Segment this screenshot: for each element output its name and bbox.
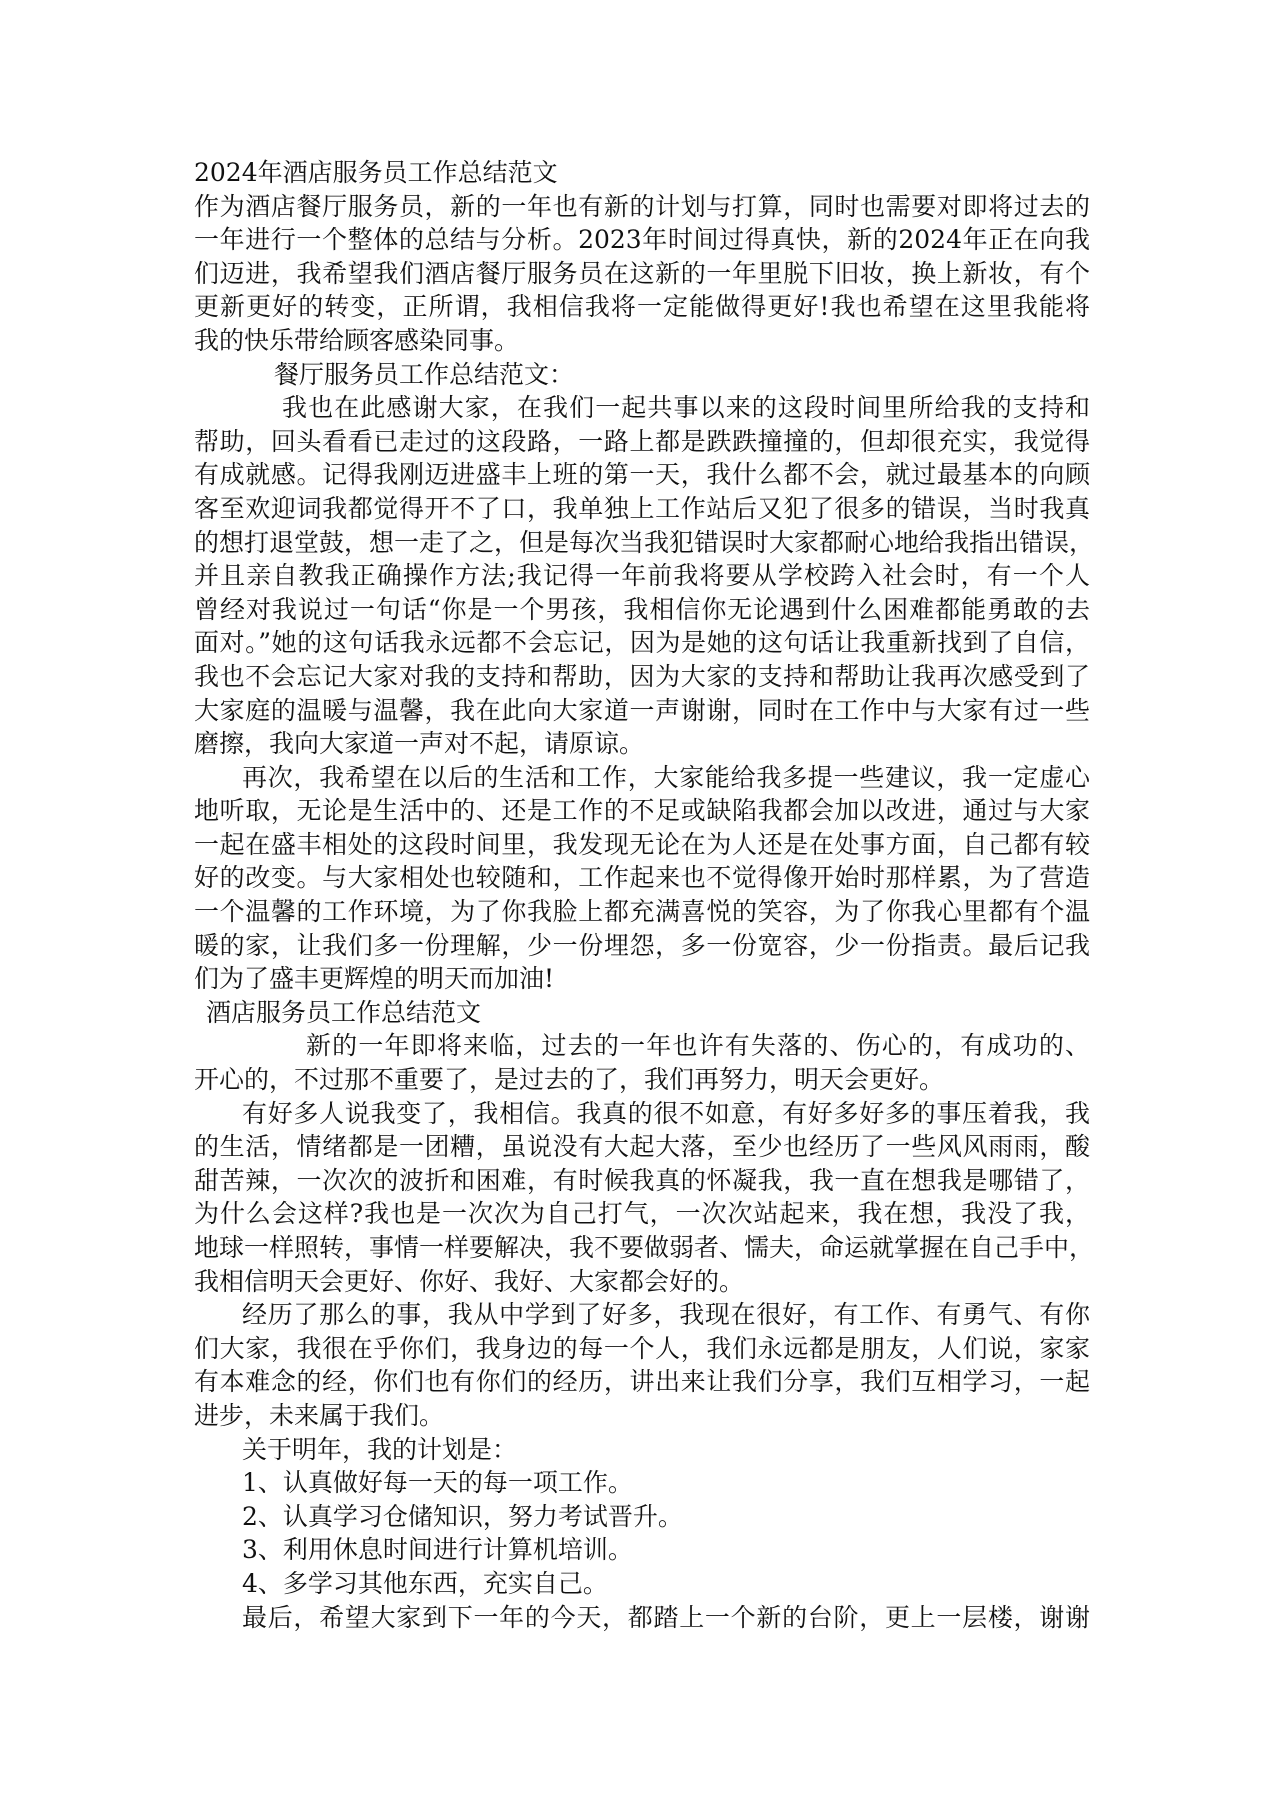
text-line: 我的快乐带给顾客感染同事。 [194, 324, 1090, 358]
text-line: 有成就感。记得我刚迈进盛丰上班的第一天，我什么都不会，就过最基本的向顾 [194, 458, 1090, 492]
text-line: 有本难念的经，你们也有你们的经历，讲出来让我们分享，我们互相学习，一起 [194, 1365, 1090, 1399]
text-line: 地听取，无论是生活中的、还是工作的不足或缺陷我都会加以改进，通过与大家 [194, 794, 1090, 828]
text-line: 为什么会这样?我也是一次次为自己打气，一次次站起来，我在想，我没了我， [194, 1197, 1090, 1231]
text-line: 们为了盛丰更辉煌的明天而加油! [194, 962, 1090, 996]
text-line: 大家庭的温暖与温馨，我在此向大家道一声谢谢，同时在工作中与大家有过一些 [194, 694, 1090, 728]
section2-paragraph-1: 新的一年即将来临，过去的一年也许有失落的、伤心的，有成功的、 开心的，不过那不重… [194, 1029, 1090, 1096]
plan-list: 1、认真做好每一天的每一项工作。 2、认真学习仓储知识，努力考试晋升。 3、利用… [194, 1466, 1090, 1600]
text-line: 地球一样照转，事情一样要解决，我不要做弱者、懦夫，命运就掌握在自己手中， [194, 1231, 1090, 1265]
text-line: 更新更好的转变，正所谓，我相信我将一定能做得更好!我也希望在这里我能将 [194, 290, 1090, 324]
text-line: 磨擦，我向大家道一声对不起，请原谅。 [194, 727, 1090, 761]
text-line: 的想打退堂鼓，想一走了之，但是每次当我犯错误时大家都耐心地给我指出错误， [194, 526, 1090, 560]
section2-paragraph-2: 有好多人说我变了，我相信。我真的很不如意，有好多好多的事压着我，我 的生活，情绪… [194, 1097, 1090, 1299]
text-line: 新的一年即将来临，过去的一年也许有失落的、伤心的，有成功的、 [194, 1029, 1090, 1063]
text-line: 我也在此感谢大家，在我们一起共事以来的这段时间里所给我的支持和 [194, 391, 1090, 425]
section-heading: 餐厅服务员工作总结范文： [194, 358, 1090, 392]
text-line: 一年进行一个整体的总结与分析。2023年时间过得真快，新的2024年正在向我 [194, 223, 1090, 257]
text-line: 并且亲自教我正确操作方法;我记得一年前我将要从学校跨入社会时，有一个人 [194, 559, 1090, 593]
plan-list-item: 2、认真学习仓储知识，努力考试晋升。 [194, 1500, 1090, 1534]
text-line: 客至欢迎词我都觉得开不了口，我单独上工作站后又犯了很多的错误，当时我真 [194, 492, 1090, 526]
text-line: 进步，未来属于我们。 [194, 1399, 1090, 1433]
document-page: 2024年酒店服务员工作总结范文 作为酒店餐厅服务员，新的一年也有新的计划与打算… [194, 156, 1090, 1634]
plan-list-item: 4、多学习其他东西，充实自己。 [194, 1567, 1090, 1601]
text-line: 有好多人说我变了，我相信。我真的很不如意，有好多好多的事压着我，我 [194, 1097, 1090, 1131]
plan-list-item: 1、认真做好每一天的每一项工作。 [194, 1466, 1090, 1500]
text-line: 们大家，我很在乎你们，我身边的每一个人，我们永远都是朋友，人们说，家家 [194, 1332, 1090, 1366]
intro-paragraph: 作为酒店餐厅服务员，新的一年也有新的计划与打算，同时也需要对即将过去的 一年进行… [194, 190, 1090, 358]
text-line: 面对。”她的这句话我永远都不会忘记，因为是她的这句话让我重新找到了自信， [194, 626, 1090, 660]
text-line: 好的改变。与大家相处也较随和，工作起来也不觉得像开始时那样累，为了营造 [194, 861, 1090, 895]
text-line: 作为酒店餐厅服务员，新的一年也有新的计划与打算，同时也需要对即将过去的 [194, 190, 1090, 224]
section1-paragraph-2: 再次，我希望在以后的生活和工作，大家能给我多提一些建议，我一定虚心 地听取，无论… [194, 761, 1090, 996]
text-line: 们迈进，我希望我们酒店餐厅服务员在这新的一年里脱下旧妆，换上新妆，有个 [194, 257, 1090, 291]
text-line: 曾经对我说过一句话“你是一个男孩，我相信你无论遇到什么困难都能勇敢的去 [194, 593, 1090, 627]
text-line: 的生活，情绪都是一团糟，虽说没有大起大落，至少也经历了一些风风雨雨，酸 [194, 1130, 1090, 1164]
text-line: 一起在盛丰相处的这段时间里，我发现无论在为人还是在处事方面，自己都有较 [194, 828, 1090, 862]
document-title: 2024年酒店服务员工作总结范文 [194, 156, 1090, 190]
text-line: 一个温馨的工作环境，为了你我脸上都充满喜悦的笑容，为了你我心里都有个温 [194, 895, 1090, 929]
section2-paragraph-3: 经历了那么的事，我从中学到了好多，我现在很好，有工作、有勇气、有你 们大家，我很… [194, 1298, 1090, 1432]
text-line: 帮助，回头看看已走过的这段路，一路上都是跌跌撞撞的，但却很充实，我觉得 [194, 425, 1090, 459]
section-heading: 酒店服务员工作总结范文 [194, 996, 1090, 1030]
text-line: 我也不会忘记大家对我的支持和帮助，因为大家的支持和帮助让我再次感受到了 [194, 660, 1090, 694]
text-line: 甜苦辣，一次次的波折和困难，有时候我真的怀凝我，我一直在想我是哪错了， [194, 1164, 1090, 1198]
plan-list-item: 3、利用休息时间进行计算机培训。 [194, 1533, 1090, 1567]
plan-heading: 关于明年，我的计划是： [194, 1433, 1090, 1467]
text-line: 我相信明天会更好、你好、我好、大家都会好的。 [194, 1265, 1090, 1299]
text-line: 开心的，不过那不重要了，是过去的了，我们再努力，明天会更好。 [194, 1063, 1090, 1097]
text-line: 再次，我希望在以后的生活和工作，大家能给我多提一些建议，我一定虚心 [194, 761, 1090, 795]
text-line: 暖的家，让我们多一份理解，少一份埋怨，多一份宽容，少一份指责。最后记我 [194, 929, 1090, 963]
text-line: 经历了那么的事，我从中学到了好多，我现在很好，有工作、有勇气、有你 [194, 1298, 1090, 1332]
section1-paragraph-1: 我也在此感谢大家，在我们一起共事以来的这段时间里所给我的支持和 帮助，回头看看已… [194, 391, 1090, 761]
closing-line: 最后，希望大家到下一年的今天，都踏上一个新的台阶，更上一层楼，谢谢 [194, 1601, 1090, 1635]
